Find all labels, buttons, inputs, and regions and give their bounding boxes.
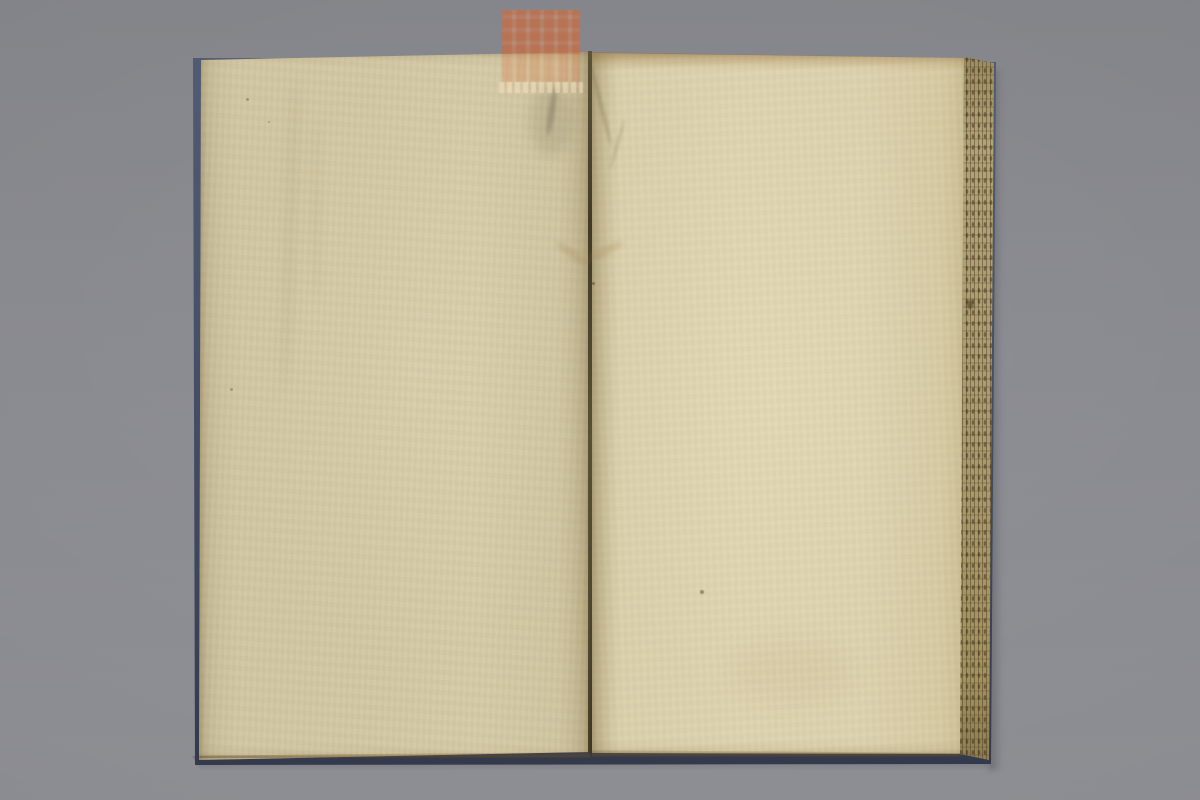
speck-near-fore-edge <box>966 300 974 309</box>
speck-left-page-mid <box>230 388 233 391</box>
stain-right-bottom-blob <box>730 640 850 700</box>
stain-vertical-streak-2 <box>312 120 320 300</box>
speck-gutter-mid <box>592 282 595 285</box>
orange-watermark-stamp <box>502 10 580 94</box>
left-page <box>197 50 592 763</box>
speck-top-left-page <box>246 98 249 101</box>
photo-scene <box>0 0 1200 800</box>
gutter-shading-left <box>558 52 588 753</box>
gutter-shading-right <box>592 52 620 753</box>
watermark-glyph-block-top <box>502 10 580 54</box>
watermark-glyph-block-bottom <box>502 54 580 82</box>
speck-right-page <box>700 590 704 594</box>
watermark-text-row <box>499 82 583 93</box>
speck-top-left-page-2 <box>268 121 270 123</box>
